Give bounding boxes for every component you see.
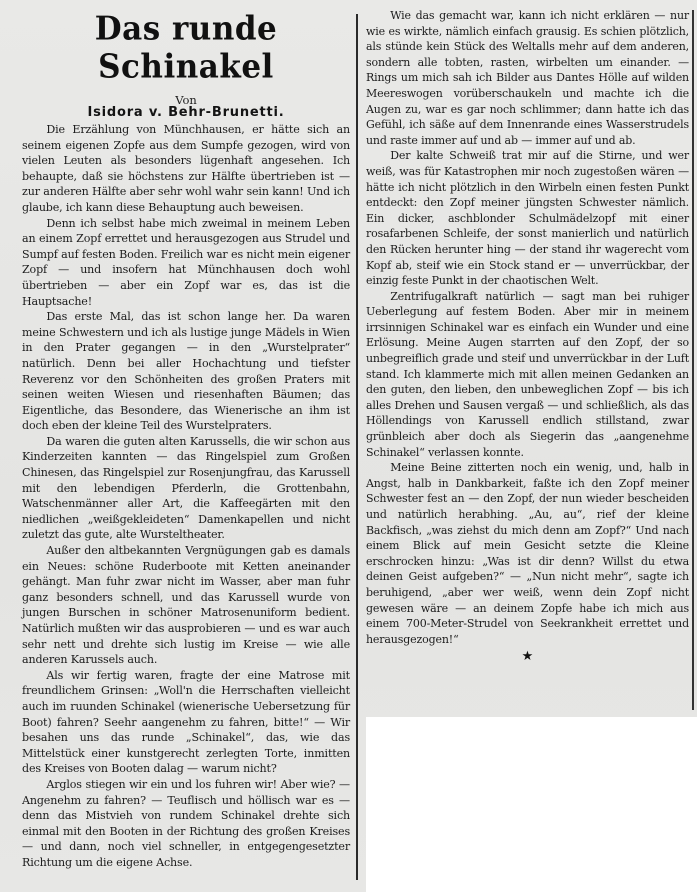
paragraph: Da waren die guten alten Karussells, die…: [22, 434, 350, 543]
paragraph: Denn ich selbst habe mich zweimal in mei…: [22, 216, 350, 310]
paragraph: Der kalte Schweiß trat mir auf die Stirn…: [366, 148, 689, 288]
paragraph: Zentrifugalkraft natürlich — sagt man be…: [366, 289, 689, 461]
paragraph: Die Erzählung von Münchhausen, er hätte …: [22, 122, 350, 216]
paragraph: Arglos stiegen wir ein und los fuhren wi…: [22, 777, 350, 871]
paragraph: Außer den altbekannten Vergnügungen gab …: [22, 543, 350, 668]
end-star-icon: ★: [366, 649, 689, 665]
paragraph: Wie das gemacht war, kann ich nicht erkl…: [366, 8, 689, 148]
author-name: Isidora v. Behr-Brunetti.: [22, 106, 350, 120]
paragraph: Das erste Mal, das ist schon lange her. …: [22, 309, 350, 434]
newspaper-page: Das runde Schinakel Von Isidora v. Behr-…: [0, 0, 697, 892]
paragraph: Als wir fertig waren, fragte der eine Ma…: [22, 668, 350, 777]
blank-area: [366, 717, 697, 892]
paragraph: Meine Beine zitterten noch ein wenig, un…: [366, 460, 689, 647]
article-title: Das runde Schinakel: [22, 10, 350, 86]
column-divider: [356, 14, 358, 880]
right-column: Wie das gemacht war, kann ich nicht erkl…: [366, 8, 689, 665]
left-column: Das runde Schinakel Von Isidora v. Behr-…: [22, 8, 350, 871]
page-edge-rule: [692, 10, 694, 710]
